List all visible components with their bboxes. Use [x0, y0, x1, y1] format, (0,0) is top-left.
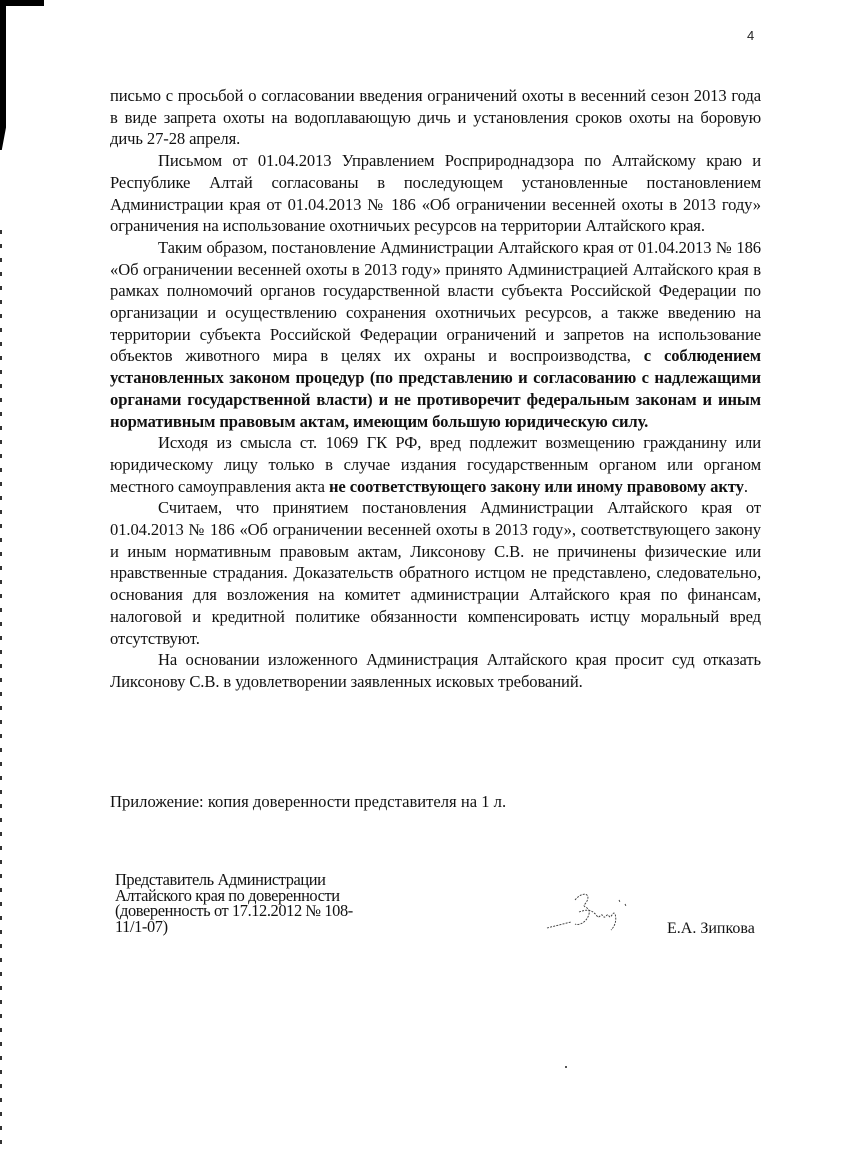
handwritten-signature-icon — [545, 886, 645, 936]
paragraph-6: На основании изложенного Администрация А… — [110, 649, 761, 692]
paragraph-text: письмо с просьбой о согласовании введени… — [110, 86, 761, 148]
paragraph-2: Письмом от 01.04.2013 Управлением Роспри… — [110, 150, 761, 237]
page-number: 4 — [747, 28, 754, 43]
paragraph-text: Считаем, что принятием постановления Адм… — [110, 498, 761, 647]
paragraph-5: Считаем, что принятием постановления Адм… — [110, 497, 761, 649]
paragraph-3: Таким образом, постановление Администрац… — [110, 237, 761, 432]
paragraph-text-emphasis: не соответствующего закону или иному пра… — [329, 477, 744, 496]
scan-speck — [565, 1066, 567, 1068]
paragraph-text: . — [744, 477, 748, 496]
scan-artifact-left — [0, 0, 6, 150]
scan-artifact-left-edge-dashes — [0, 230, 2, 1150]
signatory-line: 11/1-07) — [115, 919, 415, 935]
paragraph-text: Письмом от 01.04.2013 Управлением Роспри… — [110, 151, 761, 235]
paragraph-1: письмо с просьбой о согласовании введени… — [110, 85, 761, 150]
document-body: письмо с просьбой о согласовании введени… — [110, 85, 761, 693]
signer-name: Е.А. Зипкова — [667, 920, 755, 938]
scan-artifact-top — [0, 0, 44, 6]
paragraph-text: На основании изложенного Администрация А… — [110, 650, 761, 691]
appendix-note: Приложение: копия доверенности представи… — [110, 791, 506, 813]
paragraph-4: Исходя из смысла ст. 1069 ГК РФ, вред по… — [110, 432, 761, 497]
signatory-title: Представитель Администрации Алтайского к… — [115, 872, 415, 934]
